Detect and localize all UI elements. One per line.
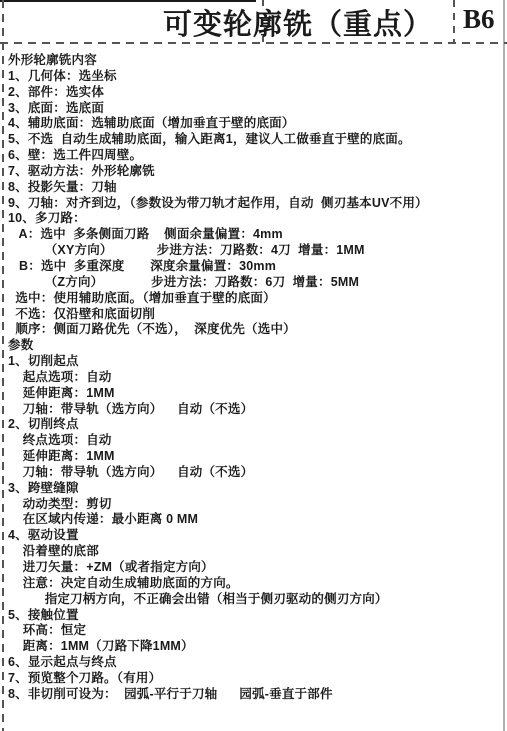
content-lines: 外形轮廓铣内容1、几何体：选坐标2、部件：选实体3、底面：选底面4、辅助底面：选… <box>8 53 503 703</box>
text-line: 5、接触位置 <box>8 608 503 624</box>
text-line: 顺序：侧面刀路优先（不选）， 深度优先（选中） <box>8 322 503 338</box>
text-line: 刀轴：带导轨（选方向） 自动（不选） <box>8 402 503 418</box>
text-line: 沿着壁的底部 <box>8 544 503 560</box>
text-line: 1、切削起点 <box>8 354 503 370</box>
text-line: 终点选项：自动 <box>8 433 503 449</box>
text-line: 外形轮廓铣内容 <box>8 53 503 69</box>
text-line: 7、预览整个刀路。（有用） <box>8 671 503 687</box>
text-line: 5、不选 自动生成辅助底面，输入距离1，建议人工做垂直于壁的底面。 <box>8 132 503 148</box>
text-line: 4、驱动设置 <box>8 528 503 544</box>
text-line: 2、切削终点 <box>8 417 503 433</box>
text-line: 起点选项：自动 <box>8 370 503 386</box>
text-line: 3、跨壁缝隙 <box>8 481 503 497</box>
text-line: 参数 <box>8 338 503 354</box>
right-edge-line <box>503 0 505 731</box>
text-line: 8、投影矢量：刀轴 <box>8 180 503 196</box>
text-line: 环高：恒定 <box>8 623 503 639</box>
text-line: 距离：1MM（刀路下降1MM） <box>8 639 503 655</box>
worksheet-page: 可变轮廓铣（重点） B6 外形轮廓铣内容1、几何体：选坐标2、部件：选实体3、底… <box>0 0 507 731</box>
text-line: 指定刀柄方向，不正确会出错（相当于侧刃驱动的侧刃方向） <box>8 592 503 608</box>
text-line: 不选：仅沿壁和底面切削 <box>8 307 503 323</box>
text-line: 1、几何体：选坐标 <box>8 69 503 85</box>
text-line: 2、部件：选实体 <box>8 85 503 101</box>
left-dashed-border <box>2 0 4 731</box>
text-line: 4、辅助底面：选辅助底面（增加垂直于壁的底面） <box>8 116 503 132</box>
page-title: 可变轮廓铣（重点） <box>163 2 433 43</box>
text-line: 延伸距离：1MM <box>8 386 503 402</box>
text-line: 动动类型：剪切 <box>8 497 503 513</box>
text-line: 8、非切削可设为： 园弧-平行于刀轴 园弧-垂直于部件 <box>8 687 503 703</box>
page-code: B6 <box>463 4 495 35</box>
text-line: 6、显示起点与终点 <box>8 655 503 671</box>
text-line: A：选中 多条侧面刀路 侧面余量偏置：4mm <box>8 227 503 243</box>
text-line: （Z方向） 步进方法：刀路数：6刀 增量：5MM <box>8 275 503 291</box>
text-line: 6、壁：选工件四周壁。 <box>8 148 503 164</box>
text-line: 刀轴：带导轨（选方向） 自动（不选） <box>8 465 503 481</box>
text-line: 10、多刀路： <box>8 211 503 227</box>
text-line: B：选中 多重深度 深度余量偏置：30mm <box>8 259 503 275</box>
text-line: 选中：使用辅助底面。（增加垂直于壁的底面） <box>8 291 503 307</box>
text-line: （XY方向） 步进方法：刀路数：4刀 增量：1MM <box>8 243 503 259</box>
text-line: 9、刀轴：对齐到边，（参数设为带刀轨才起作用，自动 侧刃基本UV不用） <box>8 196 503 212</box>
text-line: 进刀矢量：+ZM（或者指定方向） <box>8 560 503 576</box>
text-line: 7、驱动方法：外形轮廓铣 <box>8 164 503 180</box>
text-line: 在区域内传递：最小距离 0 MM <box>8 512 503 528</box>
header-column-divider <box>453 0 455 43</box>
text-line: 注意：决定自动生成辅助底面的方向。 <box>8 576 503 592</box>
text-line: 3、底面：选底面 <box>8 101 503 117</box>
text-line: 延伸距离：1MM <box>8 449 503 465</box>
